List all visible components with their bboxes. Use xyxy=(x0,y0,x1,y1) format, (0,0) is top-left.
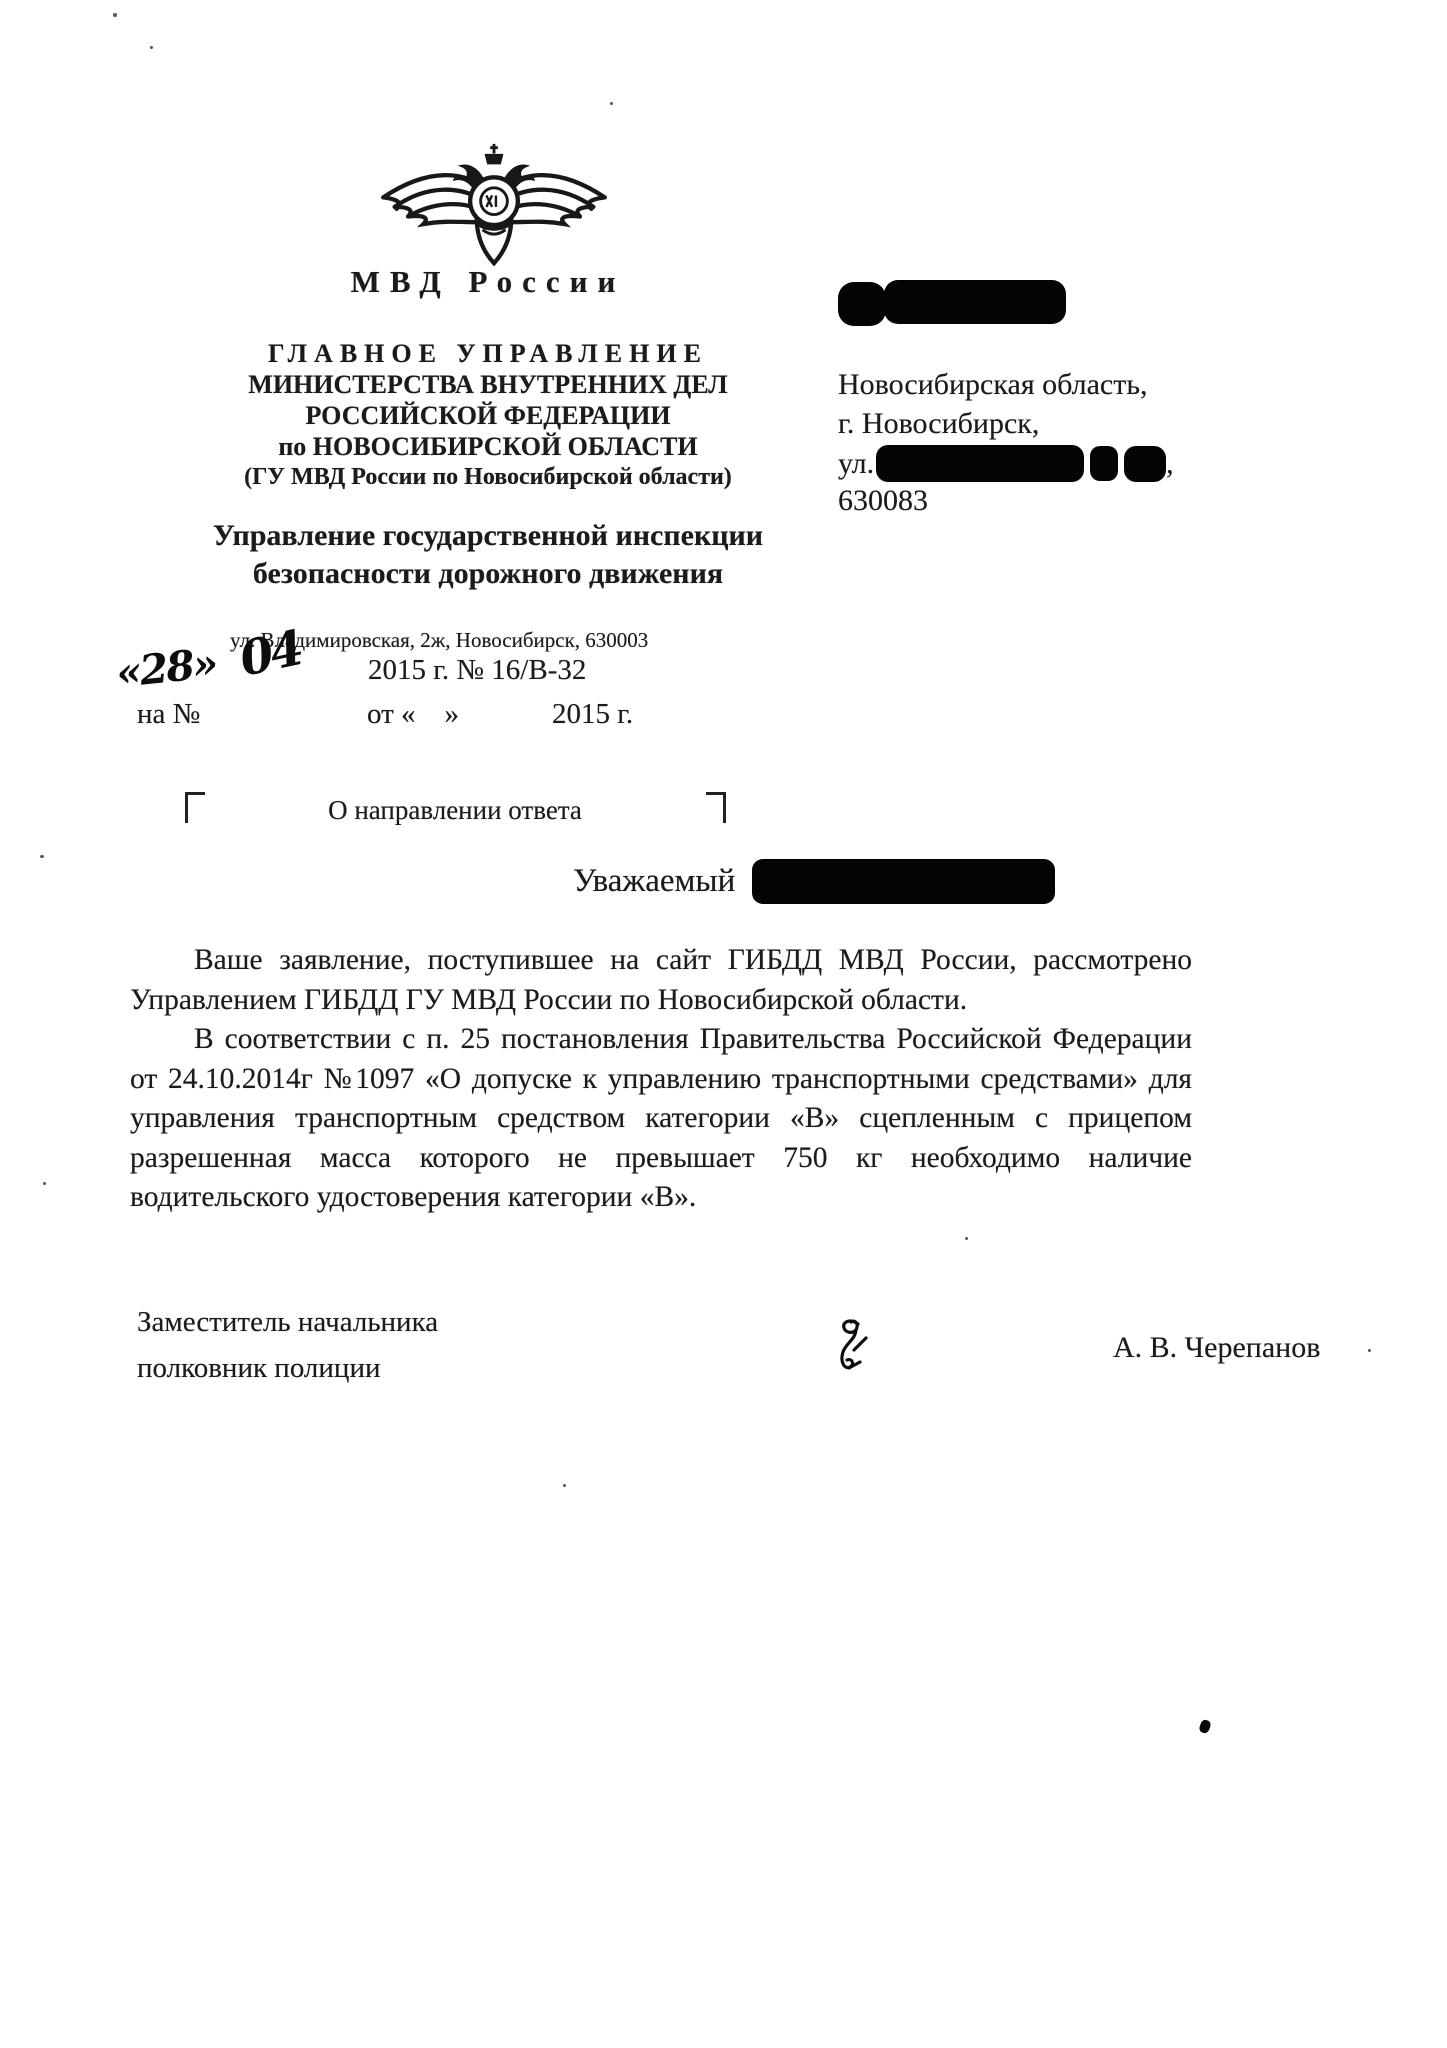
outgoing-number-line: 2015 г. № 16/В-32 xyxy=(368,654,586,687)
recipient-postcode: 630083 xyxy=(838,484,928,518)
street-redaction-bar xyxy=(876,445,1084,482)
scan-speck xyxy=(965,1237,968,1240)
recipient-name-redaction-bar xyxy=(884,280,1066,324)
division-line-1: Управление государственной инспекции xyxy=(140,517,836,555)
street-redaction-bar xyxy=(1124,446,1166,482)
recipient-region: Новосибирская область, xyxy=(838,368,1148,402)
org-line-3: РОССИЙСКОЙ ФЕДЕРАЦИИ xyxy=(140,400,836,431)
scan-speck xyxy=(43,1182,46,1185)
mvd-emblem-eagle-icon xyxy=(368,142,620,268)
division-line-2: безопасности дорожного движения xyxy=(140,555,836,593)
handwritten-signature-flourish-icon xyxy=(832,1316,872,1382)
scan-speck xyxy=(40,855,44,858)
scan-speck xyxy=(563,1484,566,1487)
scan-speck xyxy=(610,102,613,105)
recipient-street-prefix: ул. xyxy=(838,447,874,481)
subject-corner-bracket-left xyxy=(185,792,205,823)
scanned-letter-page: МВД России ГЛАВНОЕ УПРАВЛЕНИЕ МИНИСТЕРСТ… xyxy=(0,0,1447,2048)
street-redaction-bar xyxy=(1090,446,1118,481)
recipient-street-suffix: , xyxy=(1166,447,1174,481)
handwritten-date-day: «28» xyxy=(114,639,219,697)
reply-to-number-label: на № xyxy=(137,698,200,731)
scan-speck xyxy=(1368,1349,1371,1352)
scan-speck xyxy=(150,46,153,49)
org-line-5: (ГУ МВД России по Новосибирской области) xyxy=(140,462,836,493)
signatory-position: Заместитель начальника xyxy=(137,1299,438,1345)
letter-body: Ваше заявление, поступившее на сайт ГИБД… xyxy=(130,941,1192,1218)
subject-corner-bracket-right xyxy=(706,792,726,823)
salutation-name-redaction-bar xyxy=(752,859,1055,904)
body-paragraph-1: Ваше заявление, поступившее на сайт ГИБД… xyxy=(130,941,1192,1020)
org-line-1: ГЛАВНОЕ УПРАВЛЕНИЕ xyxy=(140,338,836,369)
org-line-2: МИНИСТЕРСТВА ВНУТРЕННИХ ДЕЛ xyxy=(140,369,836,400)
ink-blot xyxy=(1198,1719,1212,1735)
handwritten-date-month: 04 xyxy=(235,620,306,687)
subject-line: О направлении ответа xyxy=(205,795,705,826)
signatory-name: А. В. Черепанов xyxy=(1113,1331,1320,1365)
signatory-rank: полковник полиции xyxy=(137,1345,438,1391)
body-paragraph-2: В соответствии с п. 25 постановления Пра… xyxy=(130,1020,1192,1218)
reply-from-date-blank: от « » xyxy=(367,698,459,731)
scan-speck xyxy=(113,13,117,17)
reply-year-label: 2015 г. xyxy=(552,698,633,731)
recipient-city: г. Новосибирск, xyxy=(838,407,1039,441)
org-line-4: по НОВОСИБИРСКОЙ ОБЛАСТИ xyxy=(140,431,836,462)
recipient-street-line: ул. , xyxy=(838,445,1174,482)
org-name-block: ГЛАВНОЕ УПРАВЛЕНИЕ МИНИСТЕРСТВА ВНУТРЕНН… xyxy=(140,338,836,493)
signatory-title-block: Заместитель начальника полковник полиции xyxy=(137,1299,438,1391)
salutation-text: Уважаемый xyxy=(573,863,735,900)
recipient-name-redaction-bar xyxy=(838,282,886,326)
division-name-block: Управление государственной инспекции без… xyxy=(140,517,836,593)
org-name-short: МВД России xyxy=(140,264,836,300)
